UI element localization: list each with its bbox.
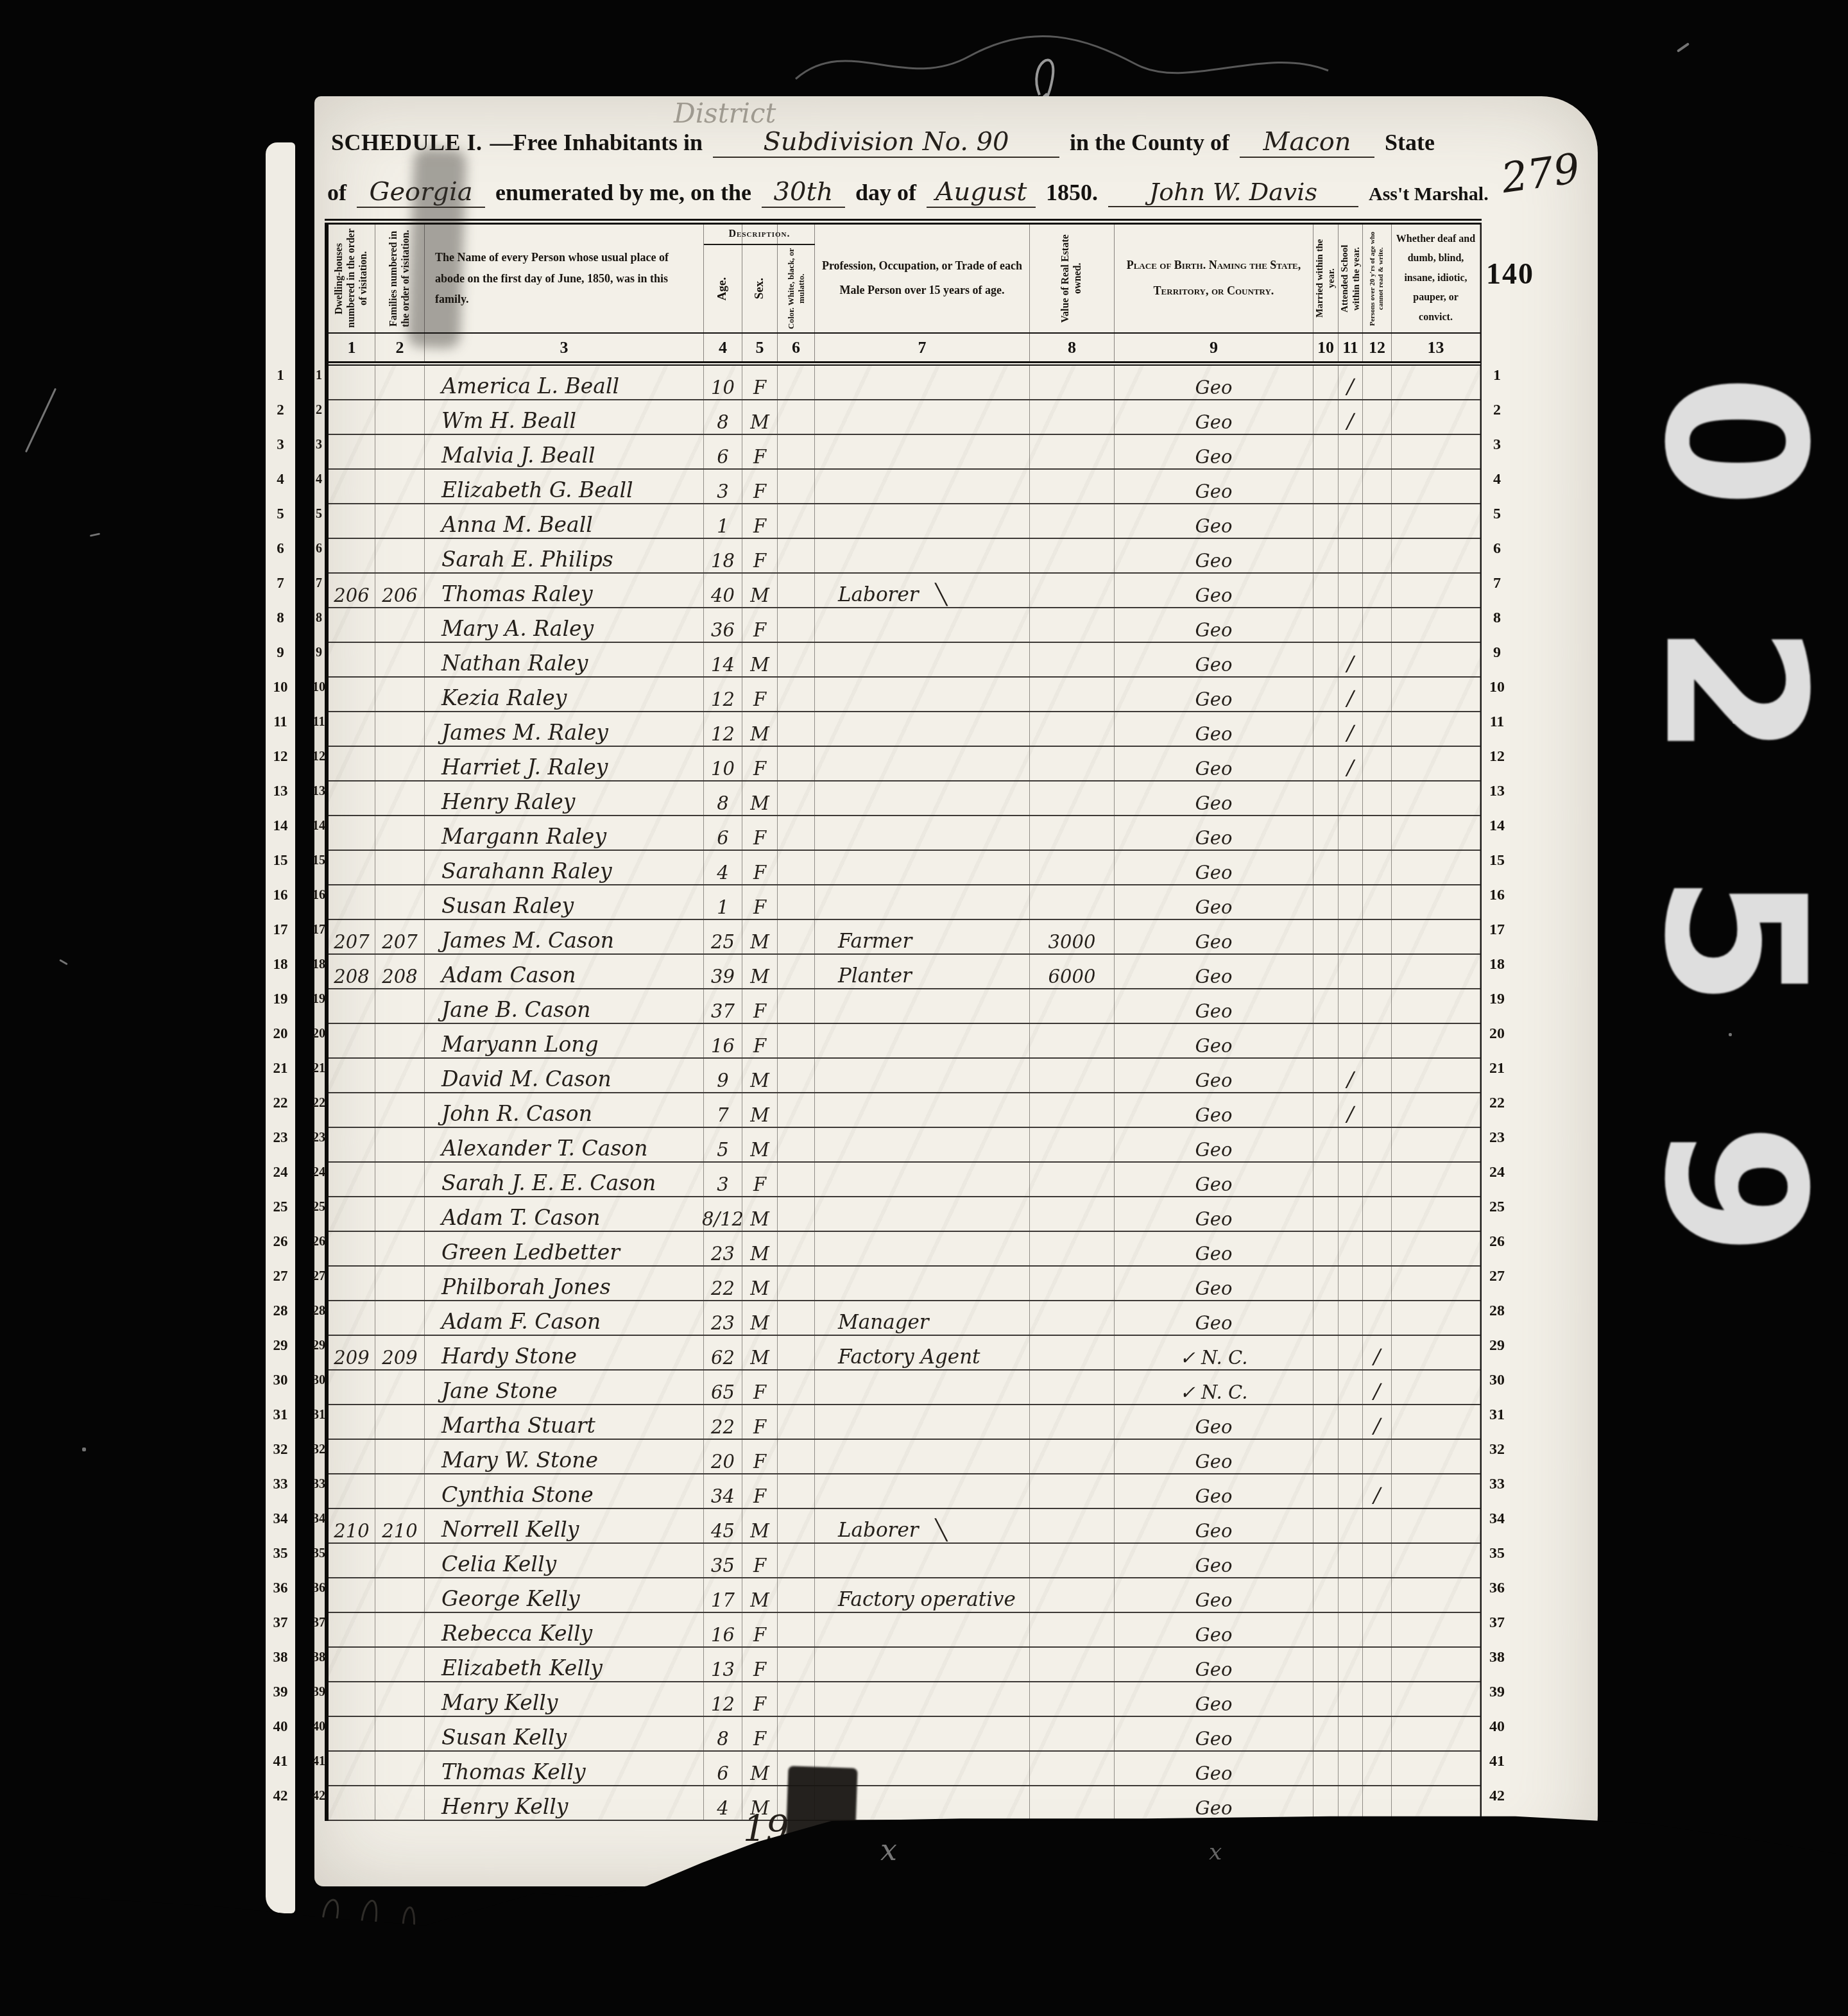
cell-age: 17: [704, 1578, 742, 1612]
cell-illiterate: [1363, 400, 1392, 434]
line-number: 25: [1482, 1190, 1512, 1224]
cell-school: [1339, 608, 1363, 642]
cell-remarks: [1392, 1717, 1480, 1750]
cell-value: [1030, 1128, 1115, 1161]
line-number: 8: [312, 601, 326, 635]
cell-value: [1030, 816, 1115, 850]
cell-occupation: [815, 712, 1030, 746]
cell-color: [778, 747, 815, 780]
cell-dwelling: 210: [329, 1509, 375, 1542]
cell-dwelling: [329, 747, 375, 780]
cell-dwelling: [329, 1197, 375, 1231]
facing-line-numbers: 1234567891011121314151617181920212223242…: [266, 358, 295, 1813]
cell-birthplace: Geo: [1115, 712, 1313, 746]
table-row: Celia Kelly35FGeo: [329, 1544, 1480, 1578]
table-header: Dwelling-houses numbered in the order of…: [329, 225, 1480, 332]
cell-school: [1339, 1613, 1363, 1646]
table-row: 207207James M. Cason25MFarmer3000Geo: [329, 920, 1480, 955]
cell-birthplace: Geo: [1115, 1405, 1313, 1439]
cell-name: Sarah E. Philips: [425, 539, 704, 572]
cell-family: [375, 712, 425, 746]
cell-illiterate: [1363, 1613, 1392, 1646]
cell-sex: F: [742, 1474, 778, 1508]
cell-name: John R. Cason: [425, 1093, 704, 1127]
cell-school: [1339, 1163, 1363, 1196]
line-number: 1: [1482, 358, 1512, 393]
cell-remarks: [1392, 1371, 1480, 1404]
cell-occupation: Factory Agent: [815, 1336, 1030, 1369]
line-number: 34: [266, 1501, 295, 1536]
cell-illiterate: [1363, 955, 1392, 988]
cell-name: Margann Raley: [425, 816, 704, 850]
cell-school: [1339, 504, 1363, 538]
cell-value: [1030, 366, 1115, 399]
cell-illiterate: [1363, 782, 1392, 815]
cell-sex: M: [742, 1336, 778, 1369]
cell-name: James M. Cason: [425, 920, 704, 953]
scratch-mark: x: [1209, 1839, 1222, 1865]
cell-value: [1030, 712, 1115, 746]
cell-name: Harriet J. Raley: [425, 747, 704, 780]
cell-dwelling: [329, 1613, 375, 1646]
cell-illiterate: [1363, 747, 1392, 780]
line-number: 31: [312, 1397, 326, 1432]
cell-color: [778, 1197, 815, 1231]
cell-name: David M. Cason: [425, 1059, 704, 1092]
line-number: 17: [312, 912, 326, 947]
line-number: 17: [266, 912, 295, 947]
cell-school: [1339, 1232, 1363, 1265]
cell-family: [375, 989, 425, 1023]
cell-name: Henry Raley: [425, 782, 704, 815]
cell-name: Mary A. Raley: [425, 608, 704, 642]
cell-birthplace: Geo: [1115, 1128, 1313, 1161]
cell-illiterate: [1363, 435, 1392, 468]
cell-sex: F: [742, 1024, 778, 1057]
line-number: 27: [266, 1259, 295, 1294]
cell-sex: M: [742, 1578, 778, 1612]
table-row: Henry Raley8MGeo: [329, 782, 1480, 816]
cell-school: [1339, 470, 1363, 503]
cell-school: [1339, 1509, 1363, 1542]
cell-school: [1339, 1440, 1363, 1473]
line-number: 18: [1482, 947, 1512, 982]
cell-age: 1: [704, 885, 742, 919]
cell-dwelling: [329, 885, 375, 919]
cell-remarks: [1392, 1786, 1480, 1820]
cell-sex: M: [742, 1059, 778, 1092]
cell-age: 7: [704, 1093, 742, 1127]
cell-birthplace: Geo: [1115, 1717, 1313, 1750]
cell-name: Elizabeth G. Beall: [425, 470, 704, 503]
cell-family: [375, 470, 425, 503]
cell-name: Hardy Stone: [425, 1336, 704, 1369]
table-row: America L. Beall10FGeo∕: [329, 366, 1480, 400]
cell-occupation: [815, 1267, 1030, 1300]
cell-age: 16: [704, 1024, 742, 1057]
cell-dwelling: [329, 989, 375, 1023]
cell-age: 34: [704, 1474, 742, 1508]
cell-age: 45: [704, 1509, 742, 1542]
cell-value: [1030, 608, 1115, 642]
cell-occupation: [815, 1648, 1030, 1681]
cell-family: [375, 782, 425, 815]
cell-family: [375, 539, 425, 572]
cell-family: [375, 608, 425, 642]
line-number: 39: [1482, 1675, 1512, 1709]
line-number: 9: [312, 635, 326, 670]
cell-name: James M. Raley: [425, 712, 704, 746]
line-number: 25: [266, 1190, 295, 1224]
cell-remarks: [1392, 920, 1480, 953]
line-number: 22: [312, 1086, 326, 1120]
cell-illiterate: ∕: [1363, 1336, 1392, 1369]
header-birthplace: Place of Birth. Naming the State, Territ…: [1115, 225, 1313, 332]
cell-family: [375, 1682, 425, 1716]
table-row: George Kelly17MFactory operativeGeo: [329, 1578, 1480, 1613]
cell-married: [1313, 851, 1339, 884]
cell-remarks: [1392, 1197, 1480, 1231]
line-number: 11: [312, 705, 326, 739]
cell-dwelling: [329, 1024, 375, 1057]
cell-value: [1030, 1232, 1115, 1265]
cell-value: [1030, 1059, 1115, 1092]
cell-age: 4: [704, 1786, 742, 1820]
table-body: America L. Beall10FGeo∕Wm H. Beall8MGeo∕…: [329, 364, 1480, 1821]
line-number: 41: [312, 1744, 326, 1779]
cell-remarks: [1392, 1648, 1480, 1681]
cell-age: 62: [704, 1336, 742, 1369]
cell-married: [1313, 1232, 1339, 1265]
cell-dwelling: [329, 1717, 375, 1750]
cell-family: [375, 1267, 425, 1300]
cell-remarks: [1392, 470, 1480, 503]
cell-remarks: [1392, 608, 1480, 642]
header-illiterate: Persons over 20 y'rs of age who cannot r…: [1363, 225, 1392, 332]
line-number: 1: [266, 358, 295, 393]
cell-birthplace: Geo: [1115, 1024, 1313, 1057]
cell-color: [778, 1163, 815, 1196]
line-number: 1: [312, 358, 326, 393]
line-number: 18: [312, 947, 326, 982]
cell-birthplace: Geo: [1115, 747, 1313, 780]
cell-age: 8: [704, 782, 742, 815]
cell-family: [375, 1059, 425, 1092]
cell-dwelling: [329, 470, 375, 503]
cell-sex: M: [742, 955, 778, 988]
cell-married: [1313, 1371, 1339, 1404]
cell-occupation: [815, 608, 1030, 642]
line-number: 36: [1482, 1571, 1512, 1605]
column-number: 11: [1339, 334, 1363, 361]
cell-birthplace: Geo: [1115, 1197, 1313, 1231]
table-row: Sarah J. E. E. Cason3FGeo: [329, 1163, 1480, 1197]
cell-remarks: [1392, 1301, 1480, 1335]
cell-occupation: [815, 1544, 1030, 1577]
cell-family: [375, 885, 425, 919]
cell-color: [778, 643, 815, 676]
cell-age: 10: [704, 366, 742, 399]
cell-value: [1030, 1648, 1115, 1681]
line-number: 27: [1482, 1259, 1512, 1294]
cell-occupation: [815, 400, 1030, 434]
line-number: 19: [312, 982, 326, 1016]
cell-age: 10: [704, 747, 742, 780]
film-scratch: [90, 533, 100, 536]
cell-age: 20: [704, 1440, 742, 1473]
cell-age: 6: [704, 435, 742, 468]
cell-dwelling: [329, 1474, 375, 1508]
cell-school: ∕: [1339, 1059, 1363, 1092]
cell-married: [1313, 574, 1339, 607]
cell-age: 12: [704, 1682, 742, 1716]
cell-color: [778, 989, 815, 1023]
cell-family: [375, 1024, 425, 1057]
cell-birthplace: Geo: [1115, 1059, 1313, 1092]
cell-name: Adam F. Cason: [425, 1301, 704, 1335]
cell-remarks: [1392, 851, 1480, 884]
cell-remarks: [1392, 1267, 1480, 1300]
film-side-digit: 0: [1643, 374, 1826, 508]
cell-illiterate: [1363, 1752, 1392, 1785]
cell-illiterate: [1363, 851, 1392, 884]
cell-occupation: [815, 678, 1030, 711]
line-number: 9: [266, 635, 295, 670]
cell-age: 3: [704, 1163, 742, 1196]
cell-school: ∕: [1339, 366, 1363, 399]
line-number: 10: [312, 670, 326, 705]
cell-married: [1313, 989, 1339, 1023]
cell-occupation: [815, 1093, 1030, 1127]
cell-birthplace: Geo: [1115, 1509, 1313, 1542]
cell-family: [375, 816, 425, 850]
line-number: 38: [312, 1640, 326, 1675]
cell-sex: M: [742, 920, 778, 953]
line-number: 39: [312, 1675, 326, 1709]
cell-illiterate: [1363, 1163, 1392, 1196]
table-row: Malvia J. Beall6FGeo: [329, 435, 1480, 470]
cell-illiterate: [1363, 816, 1392, 850]
cell-value: [1030, 1405, 1115, 1439]
cell-age: 4: [704, 851, 742, 884]
cell-school: [1339, 539, 1363, 572]
cell-value: [1030, 539, 1115, 572]
column-number: 8: [1030, 334, 1115, 361]
cell-name: Susan Kelly: [425, 1717, 704, 1750]
cell-remarks: [1392, 678, 1480, 711]
printed-page-number: 140: [1486, 257, 1534, 291]
cell-married: [1313, 1717, 1339, 1750]
cell-family: [375, 1544, 425, 1577]
cell-sex: F: [742, 1371, 778, 1404]
cell-birthplace: Geo: [1115, 1093, 1313, 1127]
cell-married: [1313, 643, 1339, 676]
cell-value: [1030, 851, 1115, 884]
cell-school: [1339, 1752, 1363, 1785]
cell-family: [375, 1128, 425, 1161]
line-number: 34: [1482, 1501, 1512, 1536]
table-row: John R. Cason7MGeo∕: [329, 1093, 1480, 1128]
cell-family: [375, 400, 425, 434]
left-line-numbers: 1234567891011121314151617181920212223242…: [312, 358, 326, 1813]
cell-value: [1030, 435, 1115, 468]
cell-sex: F: [742, 1405, 778, 1439]
cell-value: [1030, 400, 1115, 434]
header-line-1: SCHEDULE I. —Free Inhabitants in Subdivi…: [327, 127, 1540, 158]
cell-married: [1313, 1024, 1339, 1057]
cell-color: [778, 1613, 815, 1646]
cell-illiterate: [1363, 920, 1392, 953]
film-side-number: 0259: [1667, 350, 1801, 1281]
cell-occupation: Laborer╲: [815, 1509, 1030, 1542]
line-number: 16: [312, 878, 326, 912]
cell-illiterate: [1363, 1197, 1392, 1231]
cell-remarks: [1392, 1128, 1480, 1161]
cell-family: [375, 1440, 425, 1473]
cell-birthplace: Geo: [1115, 1682, 1313, 1716]
line-number: 35: [266, 1536, 295, 1571]
cell-color: [778, 1544, 815, 1577]
cell-occupation: Laborer╲: [815, 574, 1030, 607]
cell-value: [1030, 1717, 1115, 1750]
cell-birthplace: Geo: [1115, 574, 1313, 607]
cell-school: [1339, 1544, 1363, 1577]
line-number: 5: [1482, 497, 1512, 531]
cell-dwelling: [329, 678, 375, 711]
line-number: 29: [1482, 1328, 1512, 1363]
cell-school: [1339, 920, 1363, 953]
cell-name: Kezia Raley: [425, 678, 704, 711]
cell-color: [778, 678, 815, 711]
pen-flourish: ╲: [936, 1519, 948, 1542]
cell-school: [1339, 1786, 1363, 1820]
cell-age: 6: [704, 816, 742, 850]
header-remarks: Whether deaf and dumb, blind, insane, id…: [1392, 225, 1480, 332]
day-of-label: day of: [855, 179, 916, 206]
line-number: 30: [1482, 1363, 1512, 1397]
cell-color: [778, 955, 815, 988]
cell-remarks: [1392, 366, 1480, 399]
cell-family: 208: [375, 955, 425, 988]
cell-occupation: Factory operative: [815, 1578, 1030, 1612]
description-header: Description.: [704, 225, 815, 245]
cell-value: [1030, 1578, 1115, 1612]
cell-school: ∕: [1339, 400, 1363, 434]
cell-age: 39: [704, 955, 742, 988]
line-number: 3: [312, 427, 326, 462]
cell-occupation: [815, 1371, 1030, 1404]
cell-school: [1339, 1717, 1363, 1750]
cell-name: Anna M. Beall: [425, 504, 704, 538]
marshal-label: Ass't Marshal.: [1369, 184, 1489, 205]
cell-age: 18: [704, 539, 742, 572]
column-number: 2: [375, 334, 425, 361]
cell-family: [375, 1301, 425, 1335]
cell-remarks: [1392, 747, 1480, 780]
cell-occupation: [815, 1128, 1030, 1161]
cell-sex: M: [742, 782, 778, 815]
cell-married: [1313, 782, 1339, 815]
cell-name: Sarahann Raley: [425, 851, 704, 884]
cell-remarks: [1392, 1093, 1480, 1127]
cell-remarks: [1392, 400, 1480, 434]
cell-color: [778, 470, 815, 503]
table-row: Martha Stuart22FGeo∕: [329, 1405, 1480, 1440]
cell-illiterate: [1363, 1232, 1392, 1265]
cell-occupation: [815, 1613, 1030, 1646]
cell-family: 206: [375, 574, 425, 607]
cell-school: [1339, 1371, 1363, 1404]
cell-occupation: Farmer: [815, 920, 1030, 953]
line-number: 8: [1482, 601, 1512, 635]
cell-birthplace: Geo: [1115, 989, 1313, 1023]
cell-school: [1339, 1648, 1363, 1681]
film-dust: [82, 1448, 86, 1451]
cell-color: [778, 539, 815, 572]
cell-occupation: [815, 1024, 1030, 1057]
line-number: 2: [266, 393, 295, 427]
cell-color: [778, 1682, 815, 1716]
cell-name: Sarah J. E. E. Cason: [425, 1163, 704, 1196]
cell-family: [375, 435, 425, 468]
cell-married: [1313, 1336, 1339, 1369]
cell-age: 8: [704, 400, 742, 434]
marshal-signature: John W. Davis: [1108, 178, 1358, 207]
cell-birthplace: Geo: [1115, 470, 1313, 503]
cell-dwelling: [329, 1267, 375, 1300]
cell-birthplace: Geo: [1115, 400, 1313, 434]
header-occupation: Profession, Occupation, or Trade of each…: [815, 225, 1030, 332]
cell-color: [778, 1232, 815, 1265]
table-row: Sarahann Raley4FGeo: [329, 851, 1480, 885]
line-number: 26: [266, 1224, 295, 1259]
cell-birthplace: ✓ N. C.: [1115, 1371, 1313, 1404]
cell-birthplace: Geo: [1115, 1267, 1313, 1300]
line-number: 39: [266, 1675, 295, 1709]
line-number: 22: [1482, 1086, 1512, 1120]
cell-school: ∕: [1339, 678, 1363, 711]
cell-illiterate: [1363, 1128, 1392, 1161]
line-number: 32: [266, 1432, 295, 1467]
cell-dwelling: [329, 608, 375, 642]
cell-value: [1030, 1786, 1115, 1820]
cell-school: ∕: [1339, 712, 1363, 746]
cell-illiterate: [1363, 608, 1392, 642]
cell-color: [778, 1578, 815, 1612]
line-number: 38: [1482, 1640, 1512, 1675]
line-number: 20: [266, 1016, 295, 1051]
cell-school: [1339, 1405, 1363, 1439]
cell-name: Alexander T. Cason: [425, 1128, 704, 1161]
cell-dwelling: [329, 1682, 375, 1716]
cell-value: [1030, 1440, 1115, 1473]
cell-color: [778, 1024, 815, 1057]
cell-birthplace: Geo: [1115, 885, 1313, 919]
cell-sex: M: [742, 1093, 778, 1127]
film-scan: 1234567891011121314151617181920212223242…: [0, 0, 1848, 2016]
cell-birthplace: Geo: [1115, 1301, 1313, 1335]
cell-remarks: [1392, 1059, 1480, 1092]
line-number: 13: [1482, 774, 1512, 808]
line-number: 23: [312, 1120, 326, 1155]
cell-color: [778, 1128, 815, 1161]
cell-color: [778, 1093, 815, 1127]
cell-occupation: [815, 1059, 1030, 1092]
cell-illiterate: [1363, 712, 1392, 746]
header-married: Married within the year.: [1313, 225, 1339, 332]
cell-married: [1313, 435, 1339, 468]
cell-sex: M: [742, 1232, 778, 1265]
